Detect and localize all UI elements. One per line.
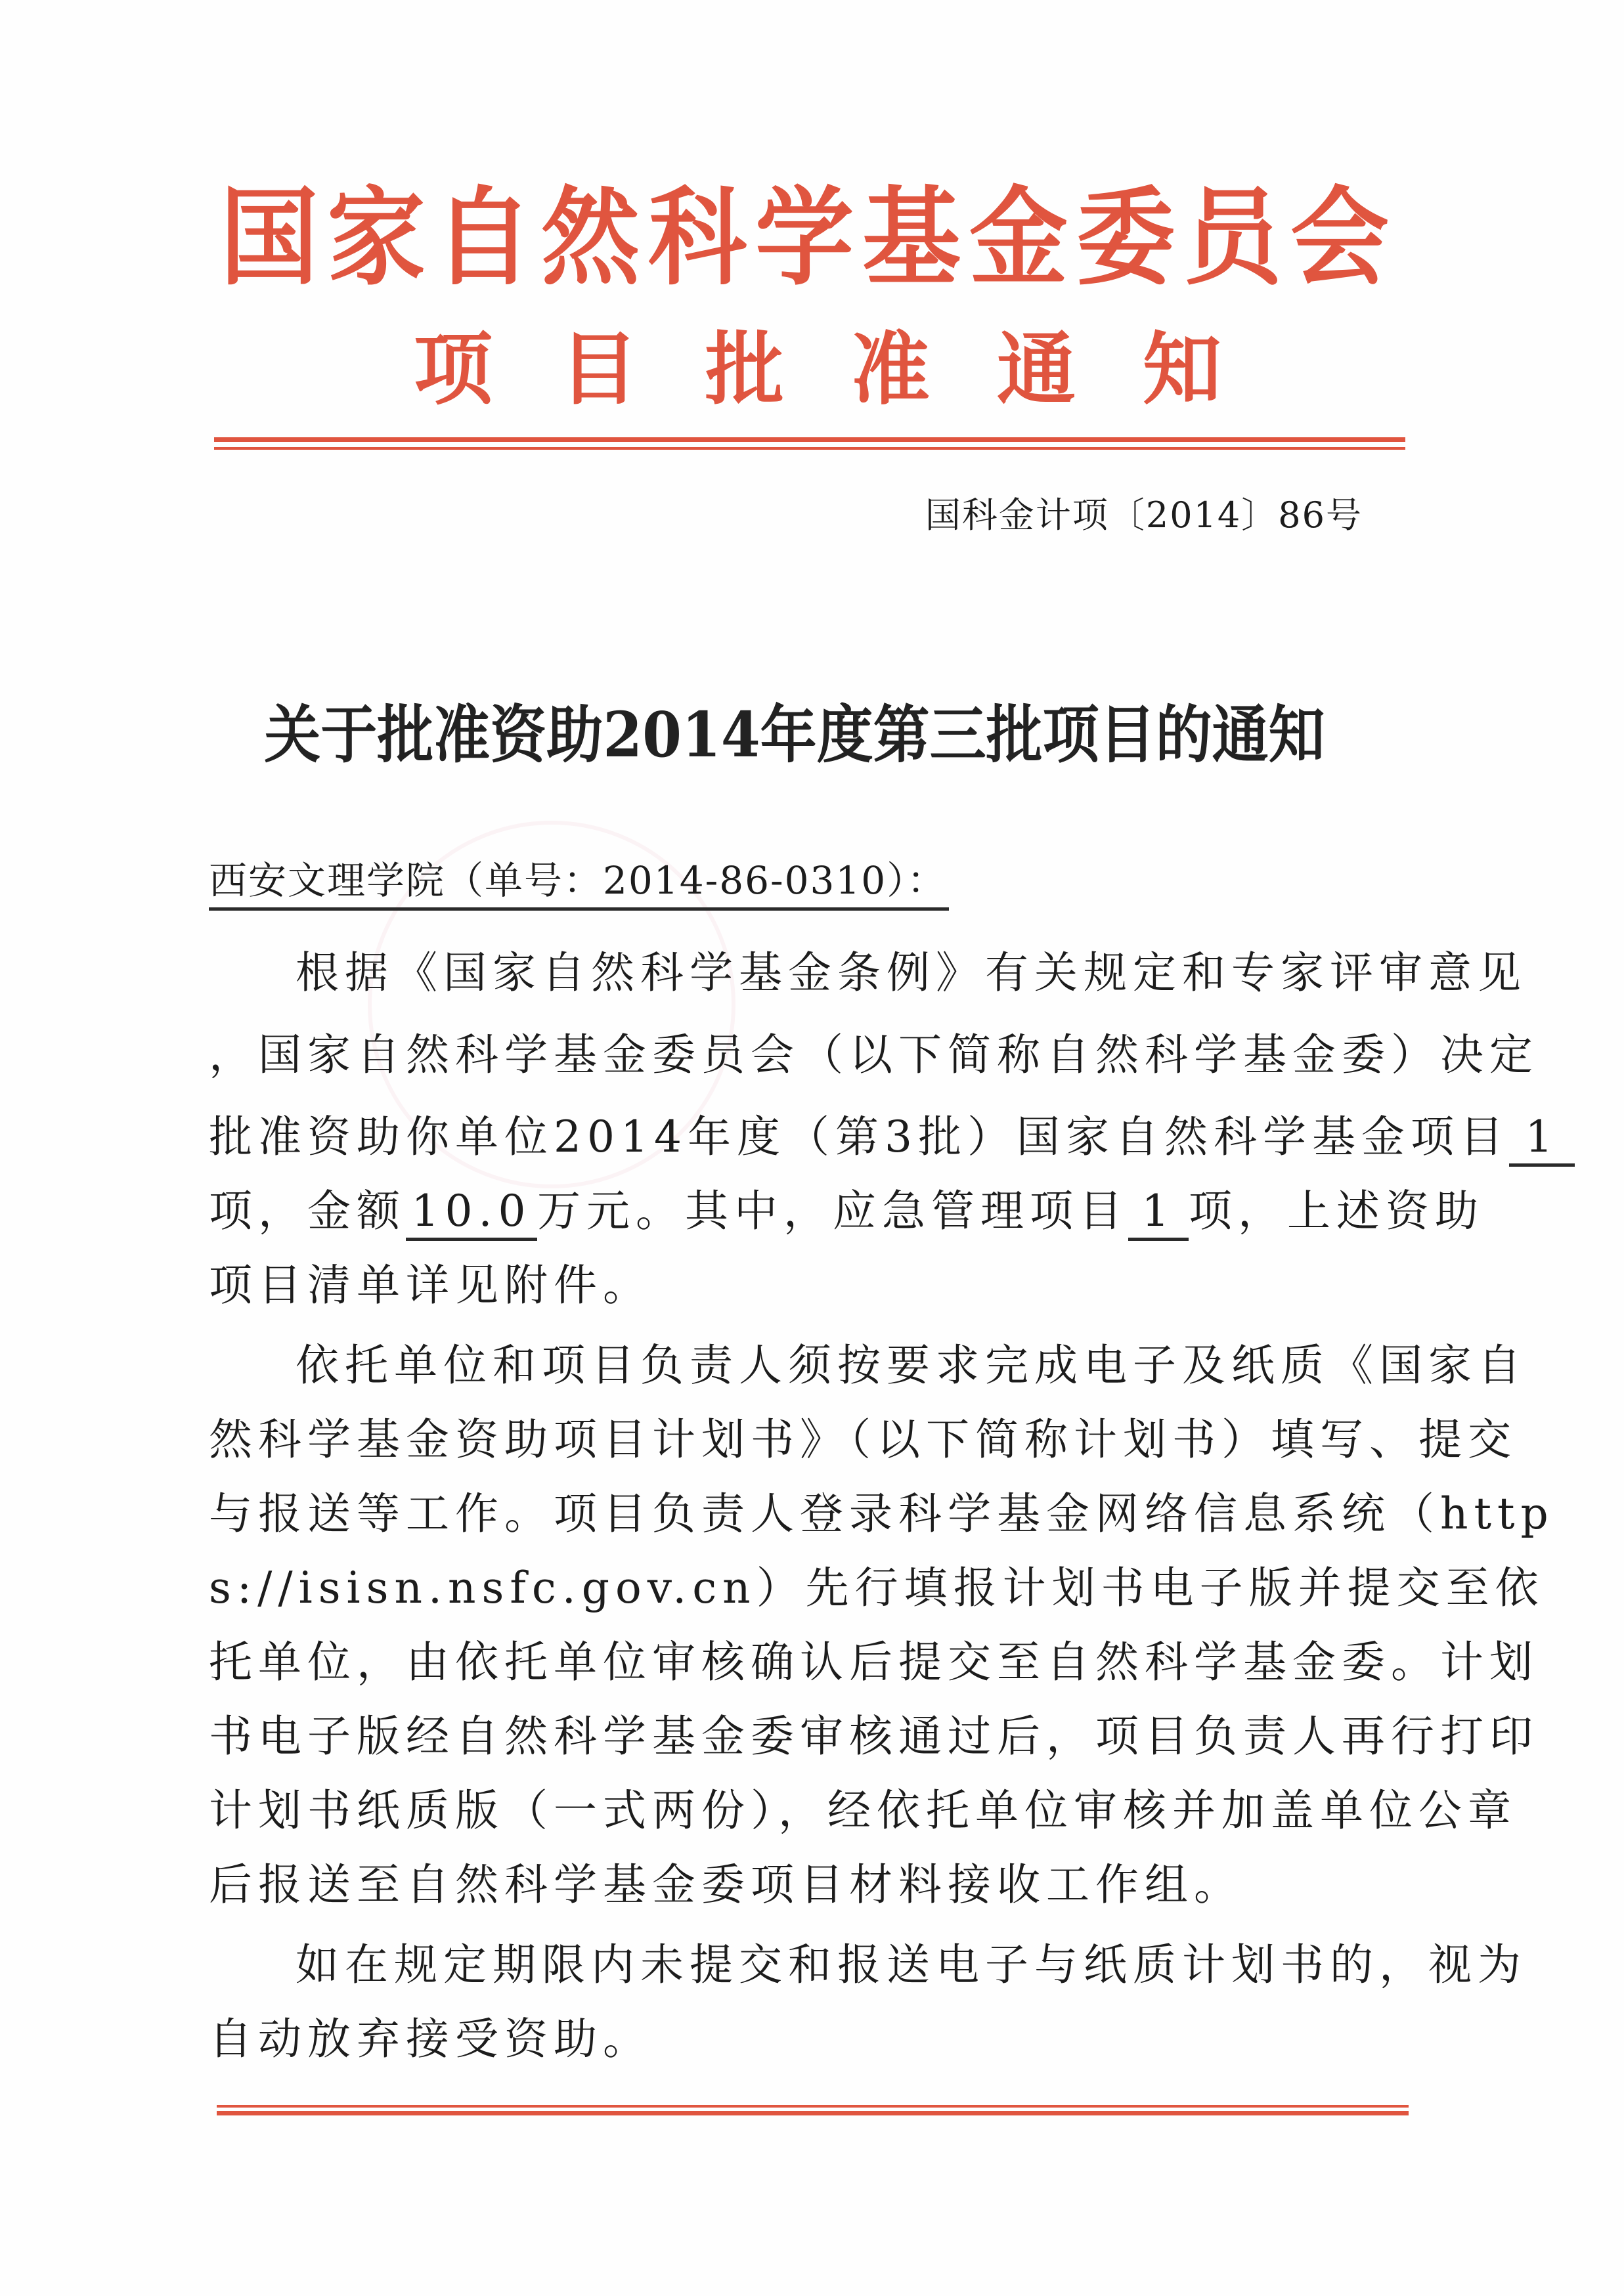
letterhead-char: 学 — [752, 174, 857, 301]
paragraph1-line4-suffix: 项，上述资助 — [1189, 1186, 1484, 1236]
paragraph1-line4: 项，金额10.0万元。其中，应急管理项目1项，上述资助 — [209, 1179, 1411, 1244]
amount-label: 项，金额 — [209, 1186, 406, 1236]
notice-title: 关于批准资助2014年度第三批项目的通知 — [217, 692, 1372, 779]
letterhead-char: 金 — [966, 174, 1071, 301]
paragraph1-line2: ，国家自然科学基金委员会（以下简称自然科学基金委）决定 — [209, 1022, 1411, 1088]
letterhead-char: 基 — [859, 174, 964, 301]
paragraph1-line3-text: 批准资助你单位2014年度（第3批）国家自然科学基金项目 — [209, 1112, 1509, 1162]
letterhead-char: 委 — [1073, 174, 1178, 301]
funding-amount: 10.0 — [406, 1185, 537, 1241]
paragraph1-line5: 项目清单详见附件。 — [209, 1253, 1411, 1318]
approved-project-count: 1 — [1509, 1111, 1575, 1167]
addressee: 西安文理学院（单号：2014-86-0310）： — [209, 854, 949, 911]
letterhead-char: 员 — [1180, 174, 1285, 301]
letterhead-char: 家 — [324, 174, 429, 301]
paragraph2-line7: 计划书纸质版（一式两份），经依托单位审核并加盖单位公章 — [209, 1778, 1411, 1844]
paragraph2-line3: 与报送等工作。项目负责人登录科学基金网络信息系统（http — [209, 1481, 1411, 1547]
paragraph2-line4: s://isisn.nsfc.gov.cn）先行填报计划书电子版并提交至依 — [209, 1555, 1411, 1621]
paragraph2-line1: 依托单位和项目负责人须按要求完成电子及纸质《国家自 — [209, 1333, 1411, 1398]
paragraph2-line8: 后报送至自然科学基金委项目材料接收工作组。 — [209, 1852, 1411, 1918]
paragraph3-line1: 如在规定期限内未提交和报送电子与纸质计划书的，视为 — [209, 1932, 1411, 1998]
letterhead-char: 自 — [431, 174, 536, 301]
document-number: 国科金计项〔2014〕86号 — [925, 489, 1363, 542]
notice-type-char: 通 — [997, 320, 1076, 419]
paragraph2-line6: 书电子版经自然科学基金委审核通过后，项目负责人再行打印 — [209, 1704, 1411, 1769]
amount-unit-text: 万元。其中，应急管理项目 — [537, 1186, 1128, 1236]
notice-type-char: 项 — [414, 320, 493, 419]
paragraph2-line5: 托单位，由依托单位审核确认后提交至自然科学基金委。计划 — [209, 1630, 1411, 1695]
header-divider-thick — [214, 437, 1405, 442]
letterhead-char: 然 — [538, 174, 643, 301]
paragraph2-line2: 然科学基金资助项目计划书》（以下简称计划书）填写、提交 — [209, 1407, 1411, 1473]
emergency-project-count: 1 — [1128, 1185, 1189, 1241]
paragraph1-line3: 批准资助你单位2014年度（第3批）国家自然科学基金项目1 — [209, 1104, 1411, 1170]
paragraph1-line1: 根据《国家自然科学基金条例》有关规定和专家评审意见 — [209, 940, 1411, 1006]
footer-divider-thick — [217, 2111, 1409, 2115]
notice-type-char: 知 — [1143, 320, 1221, 419]
document-page: 国 家 自 然 科 学 基 金 委 员 会 项 目 批 准 通 知 国科金计项〔… — [0, 0, 1624, 2296]
notice-type-char: 准 — [851, 320, 930, 419]
footer-divider-thin — [217, 2105, 1409, 2108]
notice-type-char: 批 — [705, 320, 784, 419]
organization-letterhead: 国 家 自 然 科 学 基 金 委 员 会 — [217, 179, 1392, 297]
notice-type-heading: 项 目 批 准 通 知 — [414, 320, 1221, 419]
notice-type-char: 目 — [560, 320, 638, 419]
header-divider-thin — [214, 447, 1405, 450]
letterhead-char: 科 — [645, 174, 750, 301]
letterhead-char: 国 — [217, 174, 322, 301]
paragraph3-line2: 自动放弃接受资助。 — [209, 2006, 1411, 2072]
letterhead-char: 会 — [1287, 174, 1392, 301]
